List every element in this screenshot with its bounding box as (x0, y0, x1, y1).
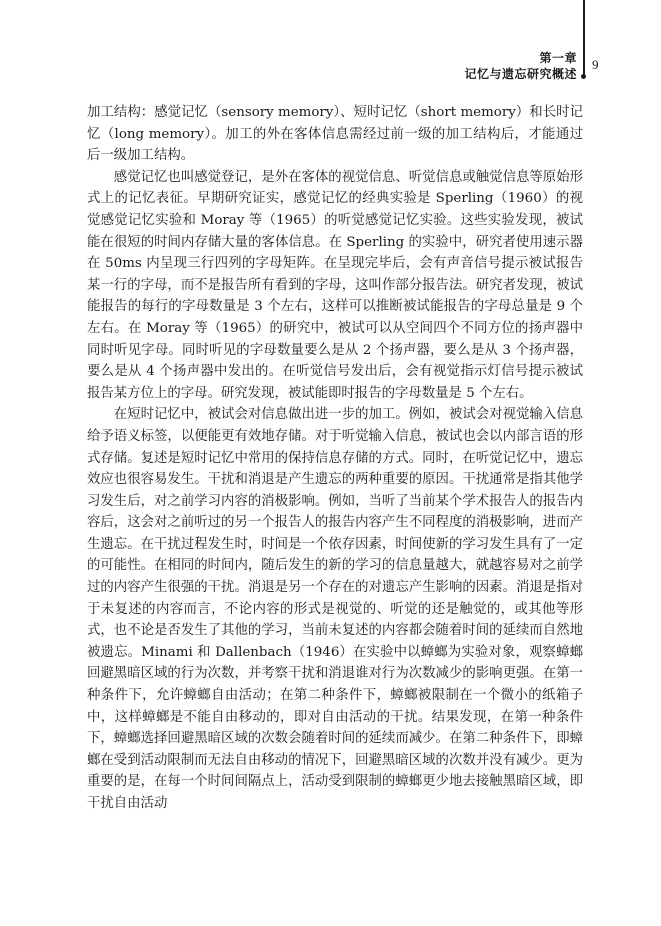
paragraph: 加工结构：感觉记忆（sensory memory）、短时记忆（short mem… (87, 102, 583, 167)
header-rule (583, 0, 585, 76)
body-text: 加工结构：感觉记忆（sensory memory）、短时记忆（short mem… (87, 102, 583, 815)
page-number: 9 (592, 57, 599, 73)
header-dot (581, 74, 586, 79)
chapter-label: 第一章 (464, 50, 577, 66)
paragraph: 在短时记忆中，被试会对信息做出进一步的加工。例如，被试会对视觉输入信息给予语义标… (87, 404, 583, 814)
paragraph: 感觉记忆也叫感觉登记，是外在客体的视觉信息、听觉信息或触觉信息等原始形式上的记忆… (87, 167, 583, 405)
running-head: 第一章 记忆与遗忘研究概述 (464, 50, 577, 82)
chapter-title: 记忆与遗忘研究概述 (464, 66, 577, 82)
